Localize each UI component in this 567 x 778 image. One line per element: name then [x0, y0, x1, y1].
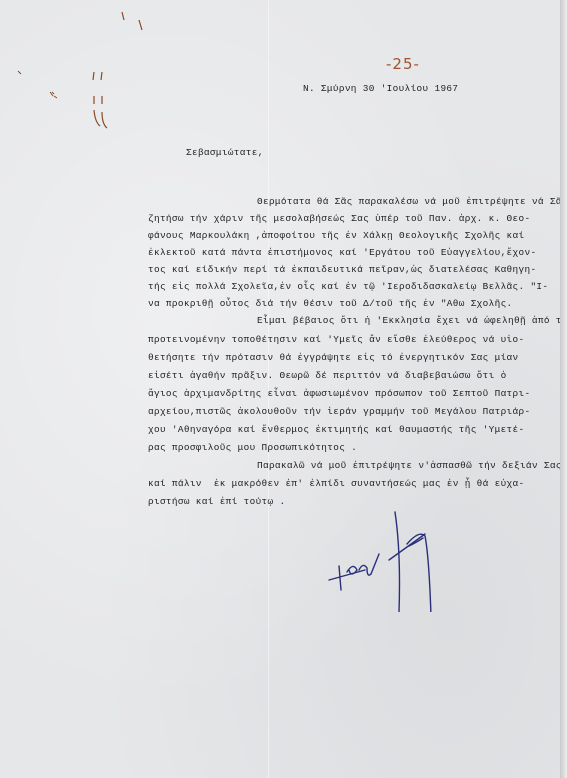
body-line: να προκριθῇ οὗτος διά τήν θέσιν τοῦ Δ/το… — [148, 298, 513, 309]
body-line: αρχείου,πιστῶς ἀκολουθοῦν τήν ἱεράν γραμ… — [148, 406, 530, 417]
dateline: Ν. Σμύρνη 30 'Ιουλίου 1967 — [303, 83, 458, 94]
letter-page: -25- Ν. Σμύρνη 30 'Ιουλίου 1967 Σεβασμιώ… — [0, 0, 560, 778]
body-line: Θερμότατα θά Σᾶς παρακαλέσω νά μοῦ ἐπιτρ… — [257, 196, 567, 207]
page-number: -25- — [386, 55, 420, 73]
body-line: φάνους Μαρκουλάκη ,ἀποφοίτου τῆς ἐν Χάλκ… — [148, 230, 524, 241]
paper-edge — [560, 0, 567, 778]
body-line: τής εἰς πολλά Σχολεῖα,ἐν οἷς καί ἐν τῷ '… — [148, 281, 548, 292]
body-line: Παρακαλῶ νά μοῦ ἐπιτρέψητε ν'ἀσπασθῶ τήν… — [257, 460, 562, 471]
body-line: προτεινομένην τοποθέτησιν καί 'Υμεῖς ἄν … — [148, 334, 524, 345]
body-line: ζητήσω τήν χάριν τῆς μεσολαβήσεώς Σας ὑπ… — [148, 213, 530, 224]
body-line: ρας προσφιλοῦς μου Προσωπικότητος . — [148, 442, 357, 453]
body-line: Εἶμαι βέβαιος ὅτι ἡ 'Εκκλησία ἔχει νά ὠφ… — [257, 315, 567, 326]
salutation: Σεβασμιώτατε, — [186, 147, 264, 158]
body-line: εἰσέτι ἀγαθήν πρᾶξιν. Θεωρῶ δέ περιττόν … — [148, 370, 507, 381]
body-line: ριστήσω καί ἐπί τούτῳ . — [148, 496, 285, 507]
body-line: ἅγιος ἀρχιμανδρίτης εἶναι ἀφωσιωμένον πρ… — [148, 388, 530, 399]
body-line: καί πάλιν ἐκ μακρόθεν ἐπ' ἐλπίδι συναντή… — [148, 478, 524, 489]
body-line: θετήσητε τήν πρότασιν θά ἐγγράψητε εἰς τ… — [148, 352, 519, 363]
body-line: τος καί είδικήν περί τά ἐκπαιδευτικά πεῖ… — [148, 264, 536, 275]
body-line: ἐκλεκτοῦ κατά πάντα ἐπιστήμονος καί 'Εργ… — [148, 247, 536, 258]
body-line: χου 'Αθηναγόρα καί ἔνθερμος ἐκτιμητής κα… — [148, 424, 524, 435]
margin-marks — [0, 0, 160, 140]
handwritten-signature — [325, 500, 455, 612]
